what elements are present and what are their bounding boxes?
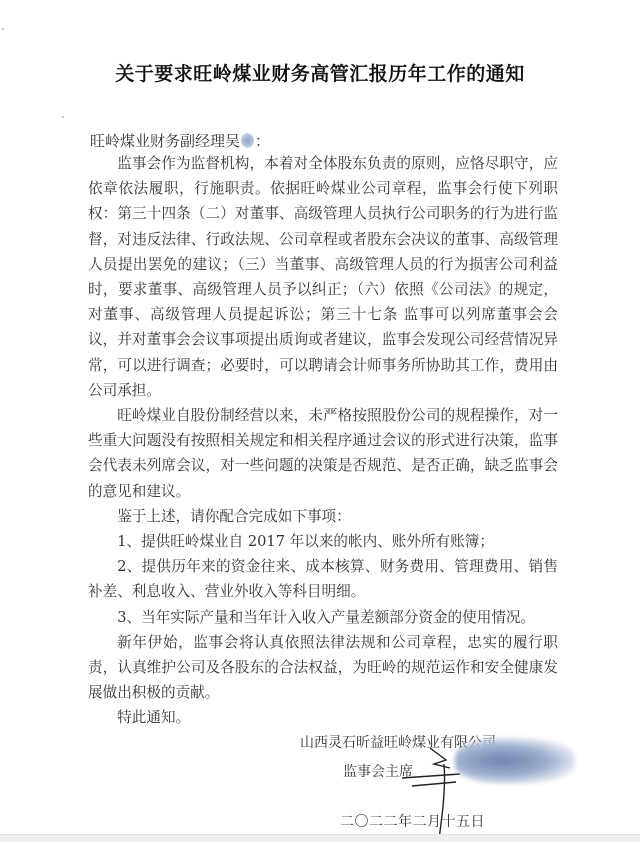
paragraph-closing: 新年伊始，监事会将认真依照法律法规和公司章程，忠实的履行职责，认真维护公司及各股…: [88, 630, 558, 706]
salutation: 旺岭煤业财务副经理吴：: [90, 130, 270, 151]
redacted-name-blur: [241, 133, 254, 148]
paragraph-request-intro: 鉴于上述，请你配合完成如下事项：: [88, 504, 558, 529]
document-body: 监事会作为监督机构，本着对全体股东负责的原则，应恪尽职守，应依章依法履职，行施职…: [88, 151, 558, 731]
request-item-2: 2、提供历年来的资金往来、成本核算、财务费用、管理费用、销售补差、利息收入、营业…: [88, 554, 558, 604]
request-item-1: 1、提供旺岭煤业自 2017 年以来的帐内、账外所有账簿；: [88, 529, 558, 554]
document-title: 关于要求旺岭煤业财务高管汇报历年工作的通知: [0, 59, 640, 86]
redacted-signature-blur: [455, 738, 575, 784]
scan-speck: [62, 116, 64, 118]
request-item-3: 3、当年实际产量和当年计入收入产量差额部分资金的使用情况。: [88, 605, 558, 630]
paragraph-issue: 旺岭煤业自股份制经营以来，未严格按照股份公司的规程操作，对一些重大问题没有按照相…: [88, 403, 558, 504]
paragraph-authority: 监事会作为监督机构，本着对全体股东负责的原则，应恪尽职守，应依章依法履职，行施职…: [88, 151, 558, 403]
paragraph-notice: 特此通知。: [88, 705, 558, 730]
salutation-colon: ：: [255, 132, 270, 150]
salutation-recipient: 旺岭煤业财务副经理吴: [90, 132, 240, 150]
viewer-bottom-bar: [0, 834, 640, 842]
scan-speck: [2, 28, 4, 30]
document-page: 关于要求旺岭煤业财务高管汇报历年工作的通知 旺岭煤业财务副经理吴： 监事会作为监…: [0, 0, 640, 834]
